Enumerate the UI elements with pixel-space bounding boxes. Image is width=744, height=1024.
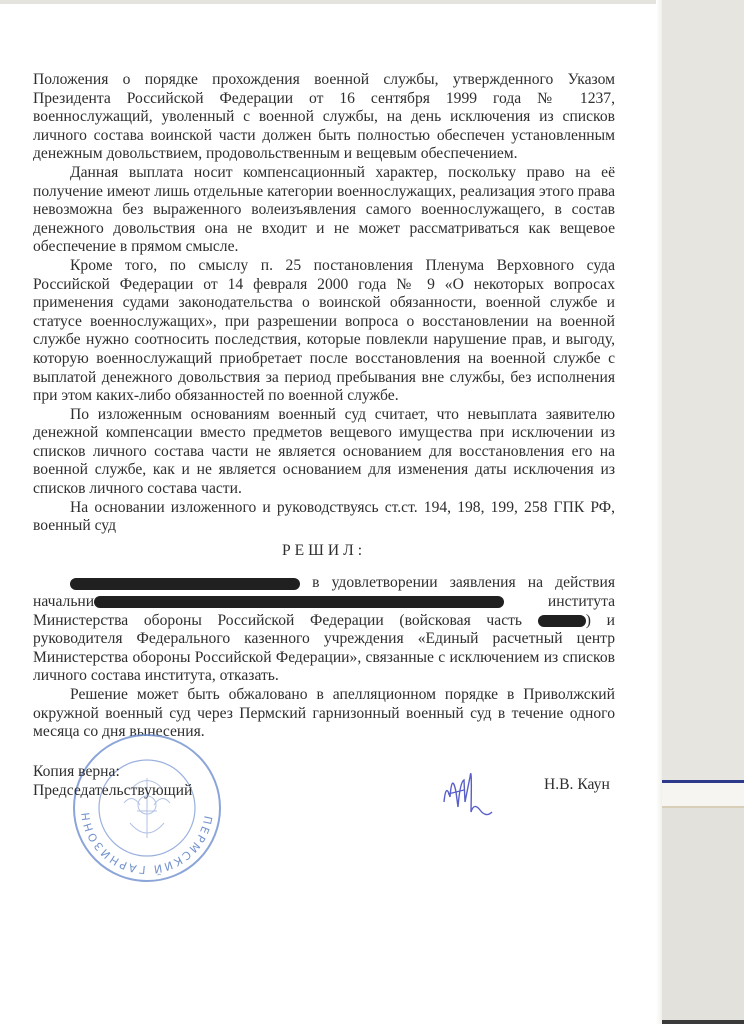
background-bottom-edge bbox=[660, 1020, 744, 1024]
background-gap bbox=[660, 783, 744, 806]
decision-text-2-prefix: начальни bbox=[33, 593, 94, 610]
signature-icon bbox=[438, 752, 498, 822]
decision-text-2-suffix: института bbox=[548, 593, 615, 610]
background-sheet-upper bbox=[660, 0, 744, 781]
decision-text-1: в удовлетворении заявления на действия bbox=[312, 574, 615, 591]
decision-paragraph: в удовлетворении заявления на действия н… bbox=[33, 574, 615, 686]
signer-name: Н.В. Каун bbox=[544, 776, 610, 794]
paragraph-regulation: Положения о порядке прохождения военной … bbox=[33, 71, 615, 164]
document-body: Положения о порядке прохождения военной … bbox=[33, 71, 615, 742]
decision-text-3: Министерства обороны Российской Федераци… bbox=[33, 612, 522, 629]
redacted-institution-head bbox=[94, 596, 504, 608]
paragraph-basis: На основании изложенного и руководствуяс… bbox=[33, 499, 615, 536]
paragraph-compensation: Данная выплата носит компенсационный хар… bbox=[33, 164, 615, 257]
court-stamp-icon: ПЕРМСКИЙ ГАРНИЗОННЫЙ ВОЕННЫЙ СУД bbox=[72, 733, 222, 883]
background-edge-line bbox=[660, 806, 744, 808]
redacted-unit-number bbox=[538, 615, 586, 627]
paragraph-plenum: Кроме того, по смыслу п. 25 постановлени… bbox=[33, 257, 615, 406]
decision-heading: РЕШИЛ: bbox=[33, 542, 615, 561]
presiding-judge-label: Председательствующий bbox=[33, 782, 192, 801]
copy-verified-label: Копия верна: bbox=[33, 763, 120, 782]
svg-text:ПЕРМСКИЙ ГАРНИЗОННЫЙ ВОЕННЫЙ С: ПЕРМСКИЙ ГАРНИЗОННЫЙ ВОЕННЫЙ СУД bbox=[72, 733, 215, 876]
paragraph-conclusion: По изложенным основаниям военный суд счи… bbox=[33, 406, 615, 499]
redacted-applicant-name bbox=[70, 578, 300, 590]
page-edge bbox=[656, 0, 662, 1024]
